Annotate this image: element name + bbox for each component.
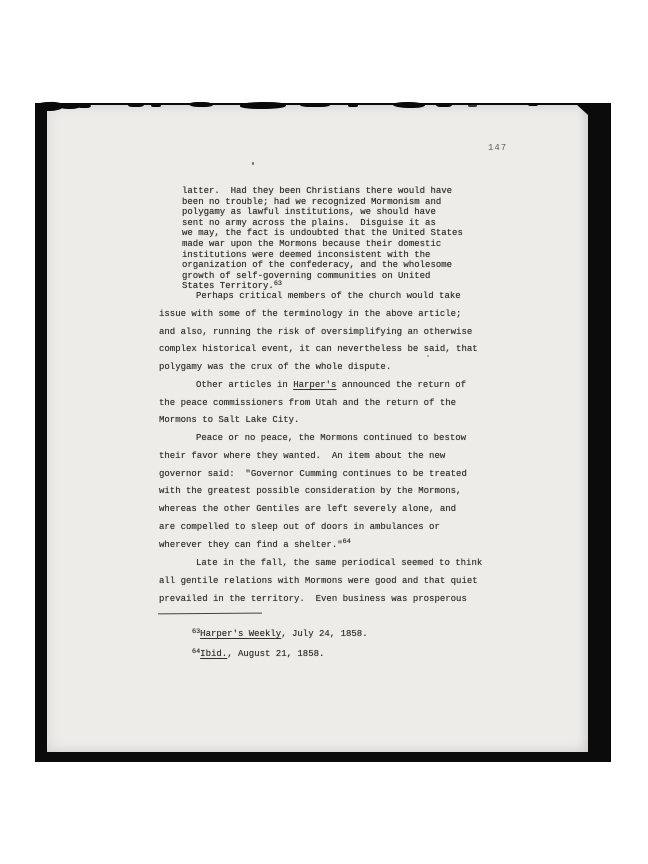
text-segment: prevailed in the territory. Even busines… [159, 594, 467, 604]
text-line: institutions were deemed inconsistent wi… [182, 250, 463, 261]
text-segment: polygamy was the crux of the whole dispu… [159, 362, 391, 372]
text-line: 63Harper's Weekly, July 24, 1858. [159, 625, 368, 645]
ink-smudge [240, 102, 286, 109]
text-line: whereas the other Gentiles are left seve… [159, 501, 531, 519]
footnote-ref: 63 [192, 628, 200, 636]
ink-smudge [128, 103, 144, 107]
underlined-text: Ibid. [200, 649, 227, 659]
text-segment: polygamy as lawful institutions, we shou… [182, 207, 436, 217]
text-segment: issue with some of the terminology in th… [159, 309, 461, 319]
text-segment: announced the return of [336, 380, 466, 390]
text-segment: wherever they can find a shelter." [159, 540, 343, 550]
text-line: been no trouble; had we recognized Mormo… [182, 197, 463, 208]
footnote-ref: 64 [192, 648, 200, 656]
text-segment: with the greatest possible consideration… [159, 486, 461, 496]
footnote-ref: 64 [343, 538, 351, 546]
text-segment: Mormons to Salt Lake City. [159, 415, 299, 425]
text-segment: Late in the fall, the same periodical se… [196, 558, 482, 568]
paper-speck [427, 355, 429, 357]
underlined-text: Harper's [293, 380, 336, 390]
text-segment: institutions were deemed inconsistent wi… [182, 250, 430, 260]
text-line: 64Ibid., August 21, 1858. [159, 645, 368, 665]
paper-speck [252, 162, 254, 165]
page-number: 147 [488, 143, 507, 153]
text-segment: Other articles in [196, 380, 293, 390]
text-line: the peace commissioners from Utah and th… [159, 395, 531, 413]
text-line: with the greatest possible consideration… [159, 483, 531, 501]
text-line: complex historical event, it can neverth… [159, 341, 531, 359]
underlined-text: Harper's Weekly [200, 629, 281, 639]
scanner-background: { "colors":{ "background":"#ffffff", "fr… [0, 0, 648, 864]
text-line: Other articles in Harper's announced the… [159, 377, 531, 395]
text-line: prevailed in the territory. Even busines… [159, 591, 531, 609]
text-segment: complex historical event, it can neverth… [159, 344, 478, 354]
text-line: Peace or no peace, the Mormons continued… [159, 430, 531, 448]
text-line: sent no army across the plains. Disguise… [182, 218, 463, 229]
paper-speck [217, 525, 219, 527]
text-line: organization of the confederacy, and the… [182, 260, 463, 271]
text-segment: organization of the confederacy, and the… [182, 260, 452, 270]
text-segment: growth of self-governing communities on … [182, 271, 430, 281]
ink-smudge [300, 103, 330, 107]
footnote-ref: 63 [274, 280, 282, 288]
text-segment: all gentile relations with Mormons were … [159, 576, 478, 586]
text-segment: are compelled to sleep out of doors in a… [159, 522, 440, 532]
ink-smudge [189, 102, 213, 107]
footnote-separator [158, 613, 262, 615]
text-line: growth of self-governing communities on … [182, 271, 463, 282]
text-line: all gentile relations with Mormons were … [159, 573, 531, 591]
ink-smudge [77, 104, 91, 108]
text-line: governor said: "Governor Cumming continu… [159, 466, 531, 484]
ink-smudge [436, 103, 452, 107]
body-text: Perhaps critical members of the church w… [159, 288, 531, 609]
ink-smudge [468, 104, 477, 107]
text-segment: Peace or no peace, the Mormons continued… [196, 433, 466, 443]
ink-smudge [348, 104, 358, 107]
text-segment: , July 24, 1858. [281, 629, 367, 639]
text-line: we may, the fact is undoubted that the U… [182, 228, 463, 239]
ink-smudge [151, 104, 161, 107]
text-segment: been no trouble; had we recognized Mormo… [182, 197, 441, 207]
text-line: latter. Had they been Christians there w… [182, 186, 463, 197]
text-segment: sent no army across the plains. Disguise… [182, 218, 436, 228]
footnotes: 63Harper's Weekly, July 24, 1858.64Ibid.… [159, 625, 368, 665]
text-segment: Perhaps critical members of the church w… [196, 291, 461, 301]
text-line: polygamy was the crux of the whole dispu… [159, 359, 531, 377]
text-line: wherever they can find a shelter."64 [159, 537, 531, 556]
text-segment: the peace commissioners from Utah and th… [159, 398, 456, 408]
text-segment: and also, running the risk of oversimpli… [159, 327, 472, 337]
text-line: polygamy as lawful institutions, we shou… [182, 207, 463, 218]
text-line: Perhaps critical members of the church w… [159, 288, 531, 306]
text-segment: governor said: "Governor Cumming continu… [159, 469, 467, 479]
text-line: Late in the fall, the same periodical se… [159, 555, 531, 573]
text-line: made war upon the Mormons because their … [182, 239, 463, 250]
text-line: Mormons to Salt Lake City. [159, 412, 531, 430]
text-line: and also, running the risk of oversimpli… [159, 324, 531, 342]
text-line: issue with some of the terminology in th… [159, 306, 531, 324]
text-segment: , August 21, 1858. [227, 649, 324, 659]
text-segment: made war upon the Mormons because their … [182, 239, 441, 249]
text-line: their favor where they wanted. An item a… [159, 448, 531, 466]
ink-smudge [528, 103, 538, 106]
text-line: are compelled to sleep out of doors in a… [159, 519, 531, 537]
text-segment: latter. Had they been Christians there w… [182, 186, 452, 196]
text-segment: we may, the fact is undoubted that the U… [182, 228, 463, 238]
document-page: 147 latter. Had they been Christians the… [47, 105, 588, 752]
block-quote: latter. Had they been Christians there w… [182, 186, 463, 293]
text-segment: their favor where they wanted. An item a… [159, 451, 445, 461]
text-segment: whereas the other Gentiles are left seve… [159, 504, 456, 514]
